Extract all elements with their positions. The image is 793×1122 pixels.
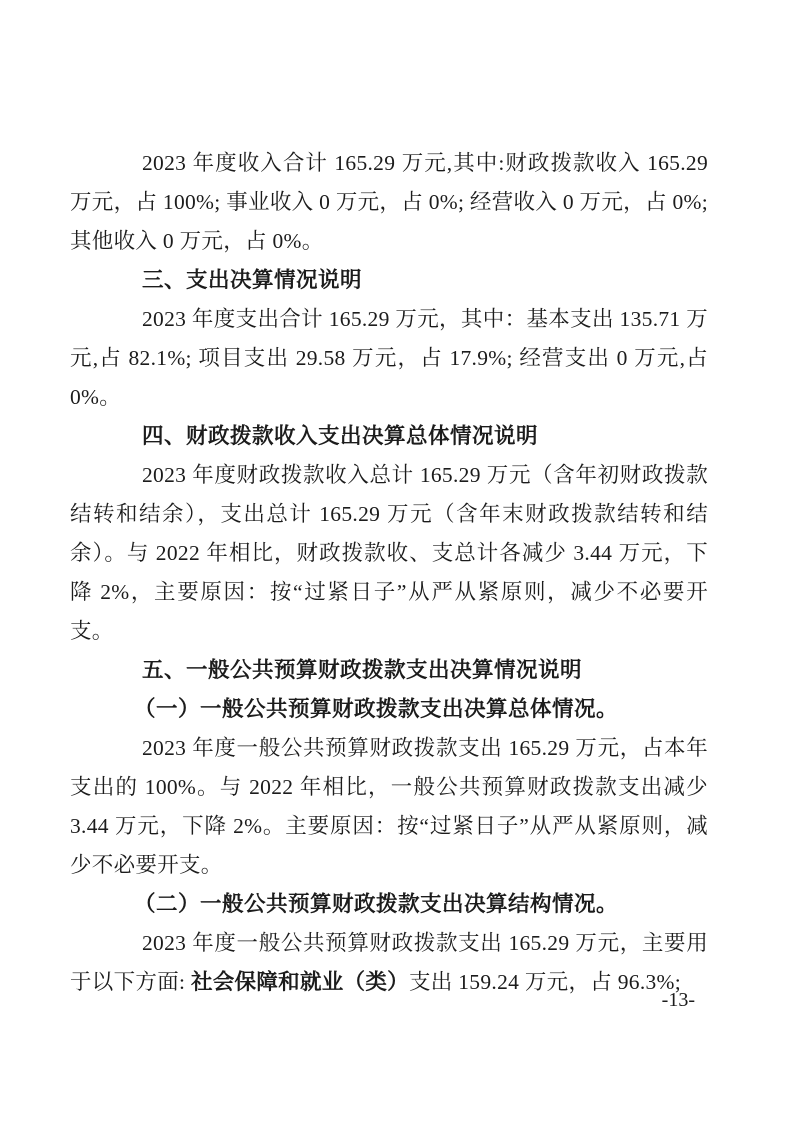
paragraph-fiscal-total: 2023 年度财政拨款收入总计 165.29 万元（含年初财政拨款结转和结余），… [70, 456, 708, 651]
document-content: 2023 年度收入合计 165.29 万元,其中:财政拨款收入 165.29 万… [70, 144, 708, 1002]
paragraph-expense-summary: 2023 年度支出合计 165.29 万元，其中：基本支出 135.71 万元,… [70, 300, 708, 417]
paragraph-general-budget-overall: 2023 年度一般公共预算财政拨款支出 165.29 万元，占本年支出的 100… [70, 729, 708, 885]
heading-section-3-expense: 三、支出决算情况说明 [70, 261, 708, 300]
paragraph-expenditure-structure: 2023 年度一般公共预算财政拨款支出 165.29 万元，主要用于以下方面: … [70, 924, 708, 1002]
paragraph-income-summary: 2023 年度收入合计 165.29 万元,其中:财政拨款收入 165.29 万… [70, 144, 708, 261]
heading-section-5-general-budget: 五、一般公共预算财政拨款支出决算情况说明 [70, 651, 708, 690]
document-page: 2023 年度收入合计 165.29 万元,其中:财政拨款收入 165.29 万… [0, 0, 793, 1122]
page-number: -13- [662, 986, 695, 1014]
structure-paragraph-suffix: 支出 159.24 万元，占 96.3%; [409, 970, 681, 994]
subheading-5-2-structure: （二）一般公共预算财政拨款支出决算结构情况。 [70, 885, 708, 924]
heading-section-4-fiscal-appropriation: 四、财政拨款收入支出决算总体情况说明 [70, 417, 708, 456]
structure-paragraph-bold-category: 社会保障和就业（类） [191, 970, 409, 994]
subheading-5-1-overall: （一）一般公共预算财政拨款支出决算总体情况。 [70, 690, 708, 729]
